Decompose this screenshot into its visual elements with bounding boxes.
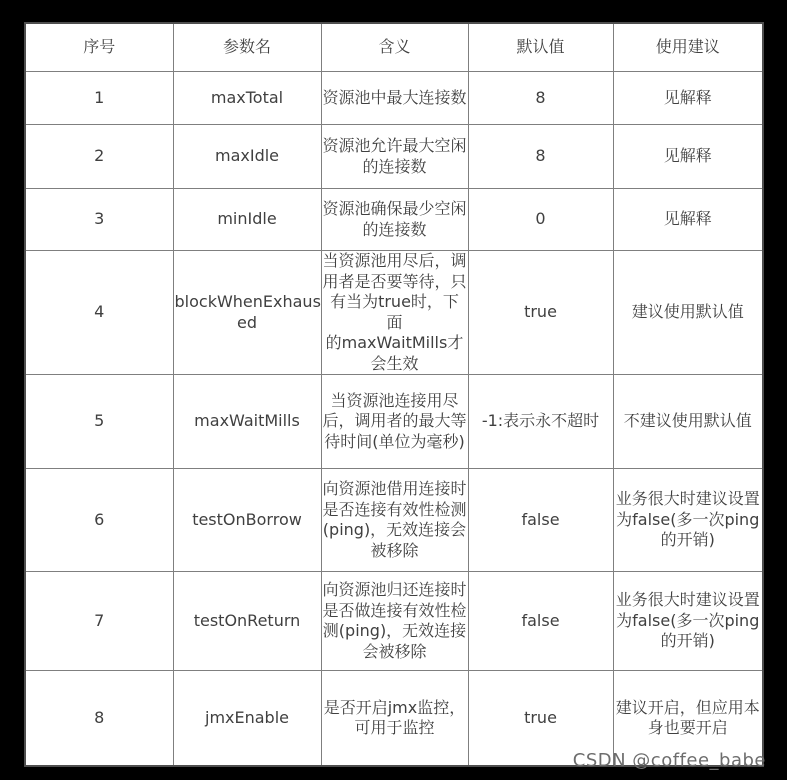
cell-param: testOnReturn [173,572,321,671]
cell-default: false [468,469,613,572]
header-row: 序号 参数名 含义 默认值 使用建议 [25,23,763,72]
table-row: 4 blockWhenExhaust ed 当资源池用尽后，调 用者是否要等待，… [25,251,763,375]
parameter-table: 序号 参数名 含义 默认值 使用建议 1 maxTotal 资源池中最大连接数 … [24,22,764,767]
table-row: 7 testOnReturn 向资源池归还连接时 是否做连接有效性检 测(pin… [25,572,763,671]
cell-suggestion: 见解释 [613,189,763,251]
cell-default: 8 [468,125,613,189]
cell-param: jmxEnable [173,671,321,767]
cell-no: 6 [25,469,173,572]
page: 序号 参数名 含义 默认值 使用建议 1 maxTotal 资源池中最大连接数 … [0,0,787,780]
cell-no: 4 [25,251,173,375]
cell-no: 5 [25,375,173,469]
cell-no: 3 [25,189,173,251]
cell-meaning: 向资源池归还连接时 是否做连接有效性检 测(ping)，无效连接 会被移除 [321,572,468,671]
cell-param: testOnBorrow [173,469,321,572]
cell-suggestion: 不建议使用默认值 [613,375,763,469]
cell-default: 0 [468,189,613,251]
cell-meaning: 向资源池借用连接时 是否连接有效性检测 (ping)，无效连接会 被移除 [321,469,468,572]
cell-default: true [468,251,613,375]
header-cell-meaning: 含义 [321,23,468,72]
table-row: 6 testOnBorrow 向资源池借用连接时 是否连接有效性检测 (ping… [25,469,763,572]
cell-meaning: 资源池中最大连接数 [321,72,468,125]
cell-meaning: 资源池允许最大空闲 的连接数 [321,125,468,189]
header-cell-suggestion: 使用建议 [613,23,763,72]
cell-param: maxWaitMills [173,375,321,469]
cell-suggestion: 建议使用默认值 [613,251,763,375]
cell-default: 8 [468,72,613,125]
watermark: CSDN @coffee_babe [573,750,766,772]
header-cell-no: 序号 [25,23,173,72]
cell-param: minIdle [173,189,321,251]
cell-no: 1 [25,72,173,125]
cell-default: false [468,572,613,671]
table-row: 5 maxWaitMills 当资源池连接用尽 后，调用者的最大等 待时间(单位… [25,375,763,469]
cell-param: maxIdle [173,125,321,189]
header-cell-param: 参数名 [173,23,321,72]
cell-suggestion: 见解释 [613,72,763,125]
table-row: 2 maxIdle 资源池允许最大空闲 的连接数 8 见解释 [25,125,763,189]
table-row: 3 minIdle 资源池确保最少空闲 的连接数 0 见解释 [25,189,763,251]
cell-meaning: 资源池确保最少空闲 的连接数 [321,189,468,251]
cell-meaning: 当资源池连接用尽 后，调用者的最大等 待时间(单位为毫秒) [321,375,468,469]
cell-meaning: 是否开启jmx监控， 可用于监控 [321,671,468,767]
cell-meaning: 当资源池用尽后，调 用者是否要等待，只 有当为true时，下面 的maxWait… [321,251,468,375]
cell-param: blockWhenExhaust ed [173,251,321,375]
cell-default: -1:表示永不超时 [468,375,613,469]
cell-param: maxTotal [173,72,321,125]
cell-suggestion: 见解释 [613,125,763,189]
cell-no: 8 [25,671,173,767]
table-row: 1 maxTotal 资源池中最大连接数 8 见解释 [25,72,763,125]
cell-suggestion: 业务很大时建议设置 为false(多一次ping 的开销) [613,572,763,671]
cell-suggestion: 业务很大时建议设置 为false(多一次ping 的开销) [613,469,763,572]
cell-no: 2 [25,125,173,189]
header-cell-default: 默认值 [468,23,613,72]
cell-no: 7 [25,572,173,671]
